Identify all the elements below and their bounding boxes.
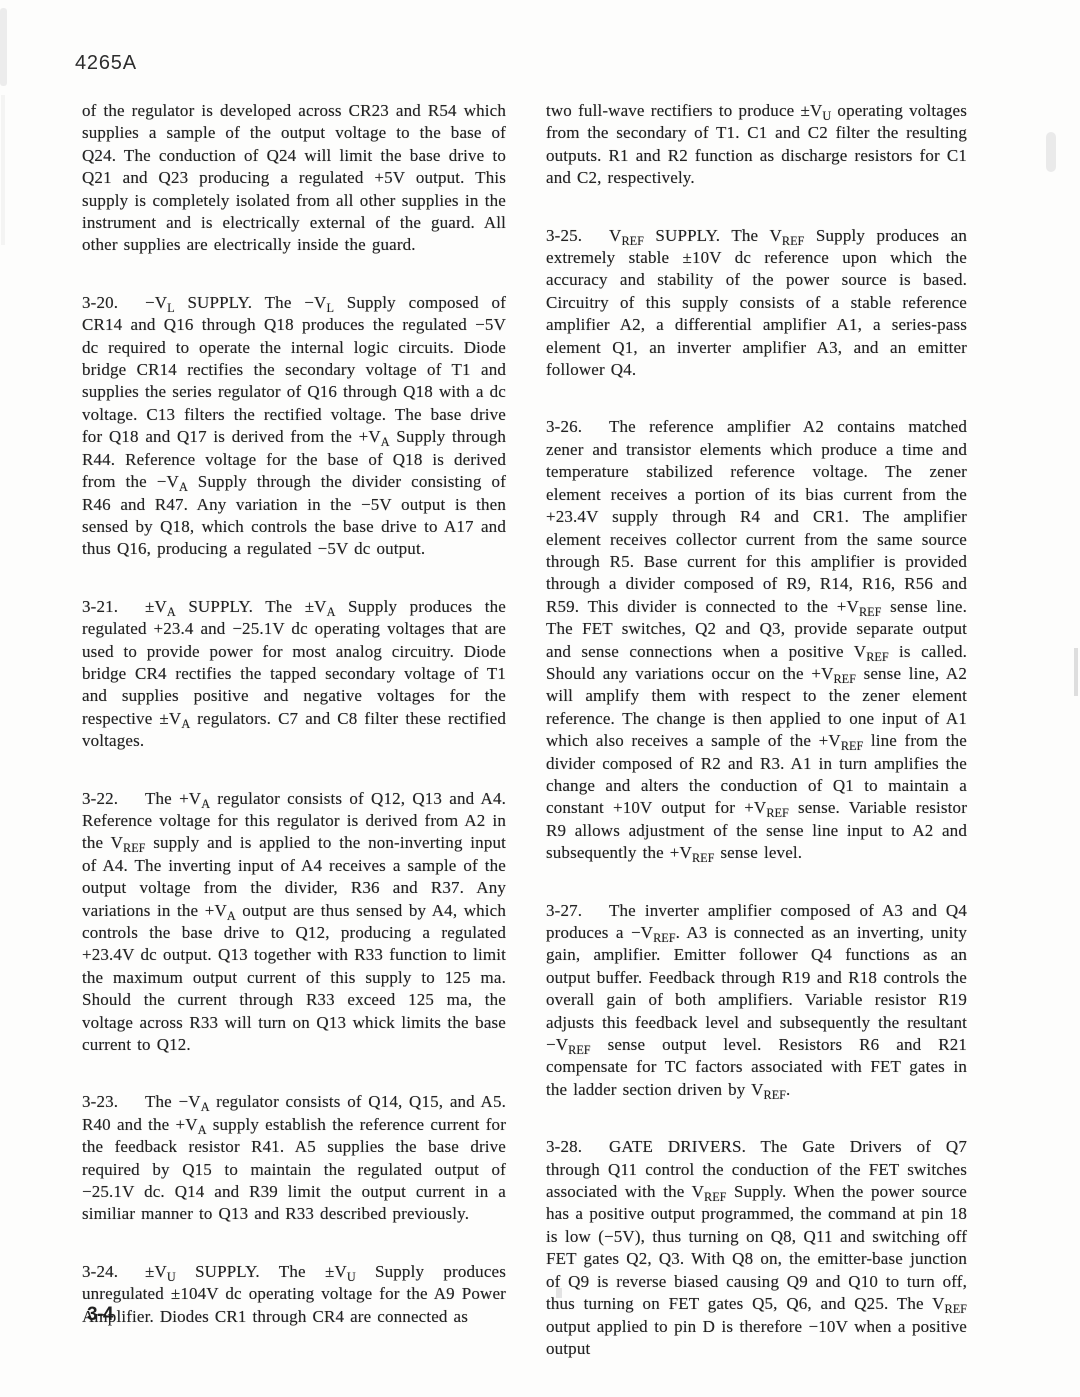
numbered-paragraph: 3-28.GATE DRIVERS. The Gate Drivers of Q… — [546, 1136, 967, 1360]
numbered-paragraph: 3-26.The reference amplifier A2 contains… — [546, 416, 967, 864]
paragraph-number: 3-21. — [82, 596, 145, 618]
subscript: A — [327, 605, 336, 619]
numbered-paragraph: 3-27.The inverter amplifier composed of … — [546, 900, 967, 1102]
subscript: REF — [568, 1043, 590, 1057]
subscript: A — [381, 435, 390, 449]
right-text-column: two full-wave rectifiers to produce ±VU … — [546, 100, 967, 1360]
scanned-manual-page: 4265A of the regulator is developed acro… — [0, 0, 1080, 1397]
subscript: A — [201, 797, 210, 811]
paragraph-number: 3-28. — [546, 1136, 609, 1158]
left-text-column: of the regulator is developed across CR2… — [82, 100, 506, 1328]
subscript: REF — [782, 234, 804, 248]
numbered-paragraph: 3-20.−VL SUPPLY. The −VL Supply composed… — [82, 292, 506, 561]
subscript: A — [179, 480, 188, 494]
subscript: REF — [692, 851, 714, 865]
paragraph-number: 3-26. — [546, 416, 609, 438]
subscript: A — [181, 717, 190, 731]
continuation-paragraph: of the regulator is developed across CR2… — [82, 100, 506, 257]
subscript: U — [822, 109, 831, 123]
subscript: L — [167, 301, 174, 315]
subscript: REF — [945, 1302, 967, 1316]
subscript: A — [227, 909, 236, 923]
page-number: 3-4 — [87, 1304, 113, 1326]
scan-artifact-left-streak-2 — [1, 95, 5, 245]
subscript: REF — [123, 841, 145, 855]
subscript: A — [201, 1100, 210, 1114]
subscript: REF — [866, 650, 888, 664]
subscript: REF — [766, 806, 788, 820]
subscript: REF — [653, 931, 675, 945]
numbered-paragraph: 3-23.The −VA regulator consists of Q14, … — [82, 1091, 506, 1225]
continuation-paragraph: two full-wave rectifiers to produce ±VU … — [546, 100, 967, 190]
numbered-paragraph: 3-25.VREF SUPPLY. The VREF Supply produc… — [546, 225, 967, 382]
subscript: REF — [621, 234, 643, 248]
subscript: U — [167, 1270, 176, 1284]
paragraph-number: 3-27. — [546, 900, 609, 922]
paragraph-number: 3-22. — [82, 788, 145, 810]
subscript: A — [198, 1123, 207, 1137]
subscript: A — [167, 605, 176, 619]
scan-artifact-right-smudge — [1046, 132, 1056, 172]
paragraph-number: 3-24. — [82, 1261, 145, 1283]
document-model-header: 4265A — [75, 52, 137, 75]
subscript: REF — [764, 1088, 786, 1102]
numbered-paragraph: 3-24.±VU SUPPLY. The ±VU Supply produces… — [82, 1261, 506, 1328]
subscript: REF — [859, 605, 881, 619]
subscript: U — [347, 1270, 356, 1284]
numbered-paragraph: 3-21.±VA SUPPLY. The ±VA Supply produces… — [82, 596, 506, 753]
scan-artifact-left-streak — [0, 8, 7, 86]
paragraph-number: 3-25. — [546, 225, 609, 247]
subscript: REF — [704, 1190, 726, 1204]
paragraph-number: 3-20. — [82, 292, 145, 314]
numbered-paragraph: 3-22.The +VA regulator consists of Q12, … — [82, 788, 506, 1057]
subscript: L — [326, 301, 333, 315]
subscript: REF — [834, 672, 856, 686]
paragraph-number: 3-23. — [82, 1091, 145, 1113]
subscript: REF — [841, 739, 863, 753]
scan-artifact-right-dash — [1074, 648, 1078, 696]
